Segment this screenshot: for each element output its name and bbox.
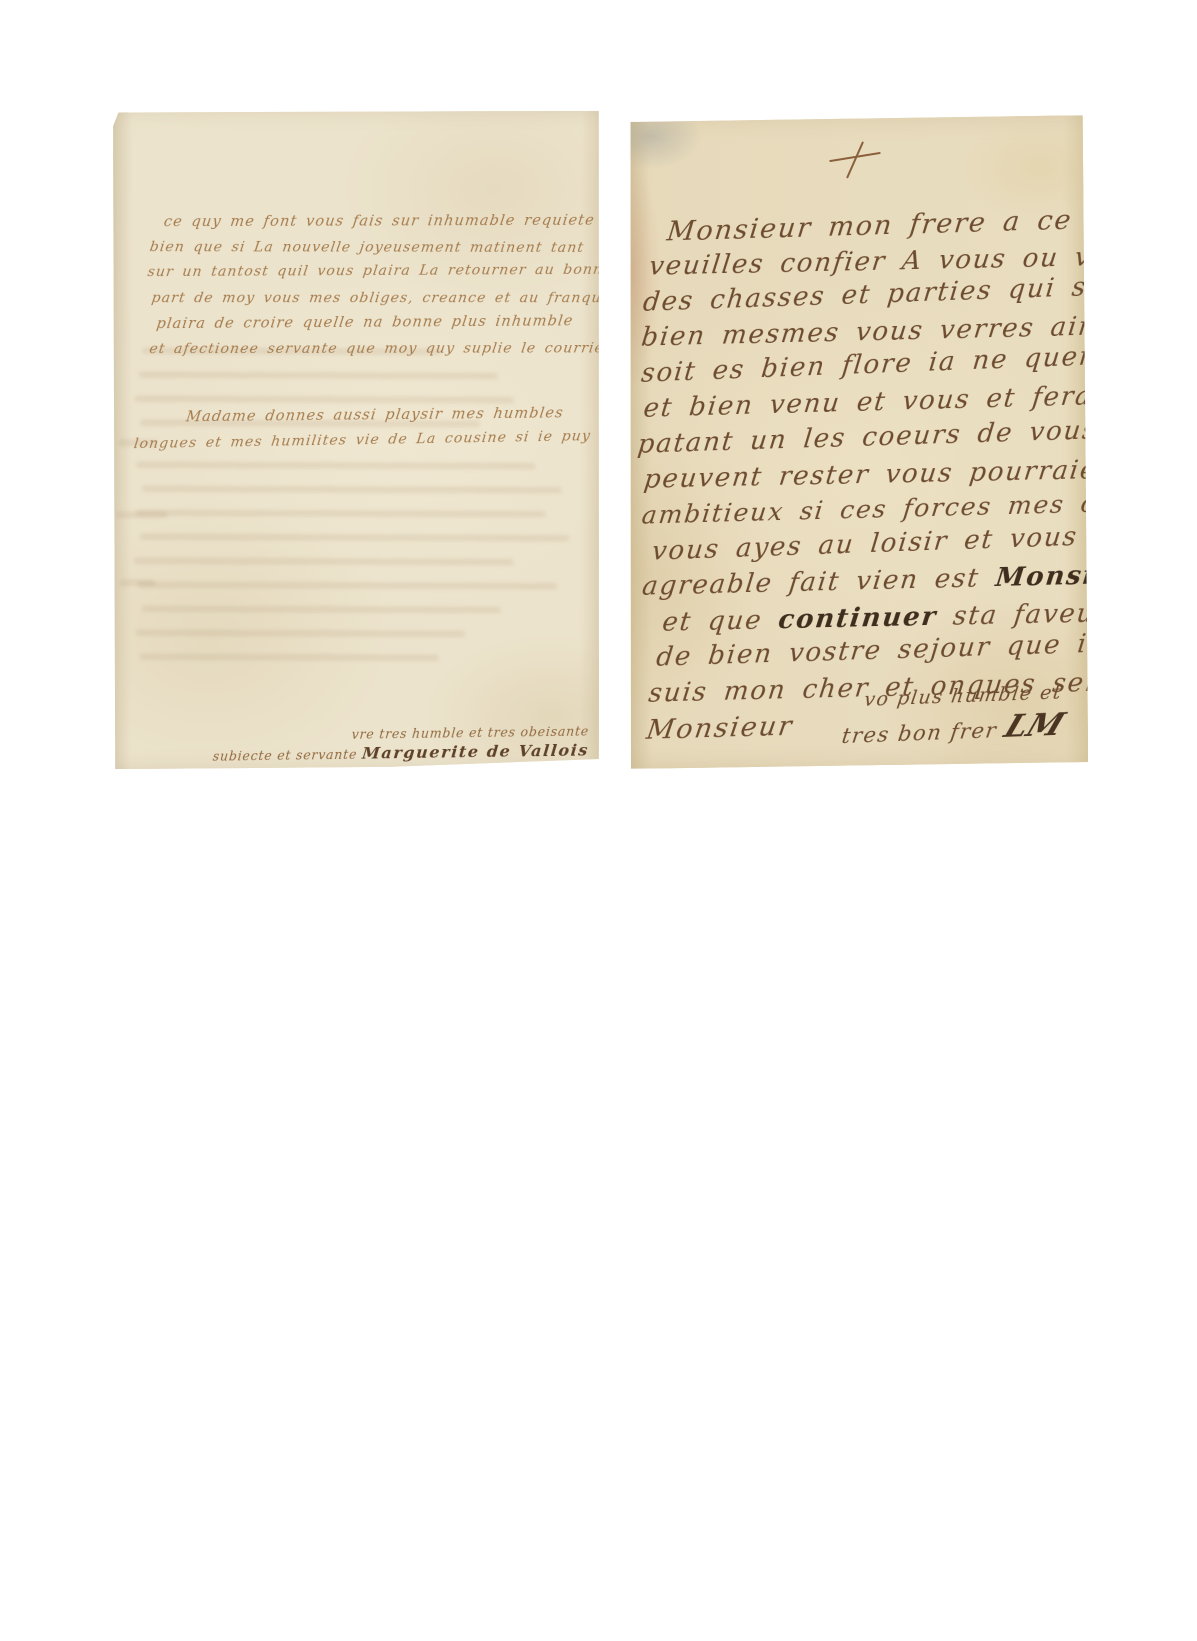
ink-text: Monsieur mon frere a ce voyage (665, 201, 1088, 248)
right-letter-page: Monsieur mon frere a ce voyageveuilles c… (627, 115, 1088, 769)
handwritten-line: patant un les coeurs de vous (636, 415, 1088, 459)
handwritten-line: Monsieur mon frere a ce voyage (665, 201, 1088, 248)
ink-text: et que (661, 605, 781, 637)
catalog-photo: ce quy me font vous fais sur inhumable r… (0, 0, 1197, 1641)
right-valediction: vo plus humble et tres bon frer LM (843, 685, 1062, 747)
right-letter-body: Monsieur mon frere a ce voyageveuilles c… (627, 115, 1086, 117)
showthrough-streak (137, 581, 557, 589)
valediction-line: subiecte et servante Marguerite de Vallo… (212, 741, 590, 765)
showthrough-streak (136, 461, 536, 469)
signature-marguerite: Marguerite de Vallois (361, 741, 590, 763)
ink-text: agreable fait vien est (641, 563, 998, 602)
showthrough-streak (119, 579, 155, 586)
handwritten-line: agreable fait vien est Monsieur (641, 559, 1089, 601)
ink-text: patant un les coeurs de vous (636, 415, 1088, 459)
showthrough-streak (134, 395, 514, 403)
ink-text: ce quy me font vous fais sur inhumable r… (163, 213, 596, 230)
handwritten-line: et afectionee servante que moy quy supli… (148, 340, 601, 357)
blotted-word: continuer (777, 602, 939, 635)
handwritten-line: sur un tantost quil vous plaira La retou… (147, 262, 602, 280)
handwritten-line: longues et mes humilites vie de La cousi… (133, 428, 592, 452)
valediction-line: tres bon frer LM (840, 706, 1065, 750)
ink-text: part de moy vous mes obliges, creance et… (150, 290, 601, 306)
ink-text: peuvent rester vous pourraient (642, 455, 1088, 495)
showthrough-streak (135, 629, 465, 637)
handwritten-line: part de moy vous mes obliges, creance et… (150, 290, 601, 306)
blotted-word: Monsieur (994, 559, 1088, 593)
ink-text: et afectionee servante que moy quy supli… (148, 340, 601, 357)
left-paragraph-2: Madame donnes aussi playsir mes humblesl… (113, 109, 601, 111)
ink-text: plaira de croire quelle na bonne plus in… (155, 313, 574, 332)
left-valediction: vre tres humble et tres obeisante subiec… (213, 726, 589, 763)
showthrough-streak (139, 653, 439, 661)
showthrough-streak (116, 511, 168, 518)
handwritten-line: plaira de croire quelle na bonne plus in… (155, 313, 574, 332)
showthrough-streak (138, 371, 498, 379)
cross-mark (827, 138, 885, 182)
ink-text: sur un tantost quil vous plaira La retou… (147, 262, 602, 280)
showthrough-text-area (113, 109, 601, 111)
showthrough-streak (141, 605, 501, 613)
showthrough-streak (136, 509, 546, 517)
ink-text: sta faveur (935, 598, 1088, 632)
valediction-prefix: subiecte et servante (212, 747, 363, 764)
ink-text: bien que si La nouvelle joyeusement mati… (149, 239, 586, 256)
handwritten-line: Madame donnes aussi playsir mes humbles (185, 405, 565, 425)
handwritten-line: peuvent rester vous pourraient (642, 455, 1088, 495)
ink-text: longues et mes humilites vie de La cousi… (133, 428, 592, 452)
cross-diagonal-stroke (846, 141, 864, 179)
ink-text: Madame donnes aussi playsir mes humbles (185, 405, 565, 425)
left-letter-page: ce quy me font vous fais sur inhumable r… (111, 109, 601, 771)
closing-monsieur: Monsieur (644, 710, 795, 745)
showthrough-streak (140, 533, 570, 542)
showthrough-streak (134, 557, 514, 565)
showthrough-streak (142, 485, 562, 493)
valediction-prefix: tres bon frer (841, 718, 1008, 748)
left-paragraph-1: ce quy me font vous fais sur inhumable r… (113, 109, 601, 111)
handwritten-line: ce quy me font vous fais sur inhumable r… (163, 213, 596, 230)
handwritten-line: bien que si La nouvelle joyeusement mati… (149, 239, 586, 256)
signature-monogram: LM (999, 706, 1069, 744)
